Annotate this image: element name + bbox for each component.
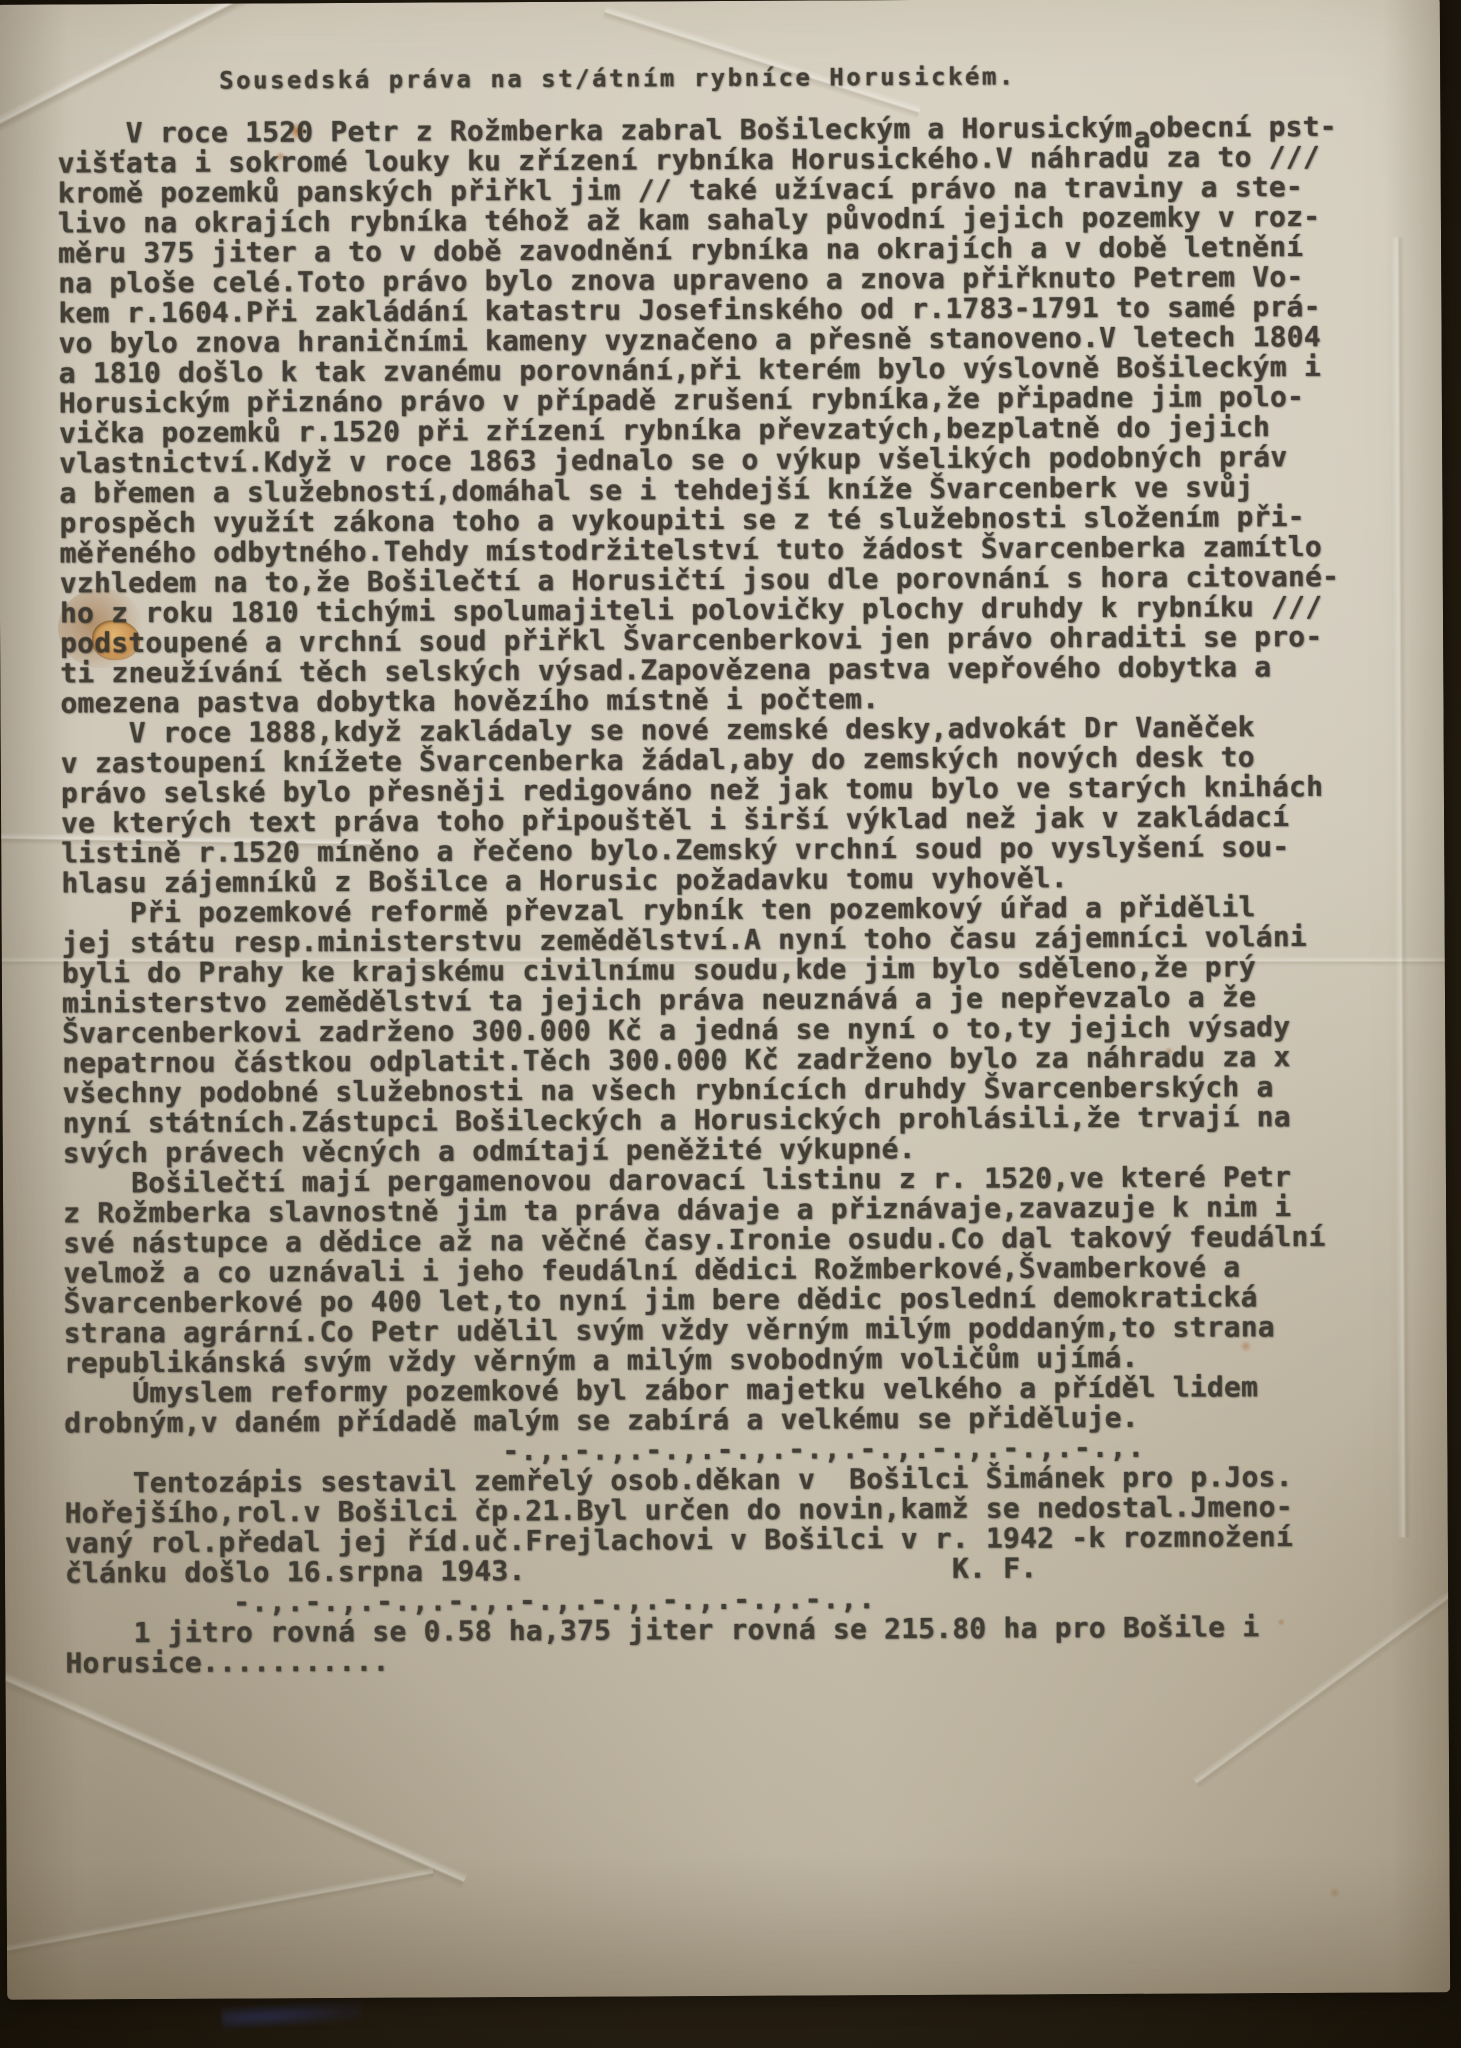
paragraph-4: Bošilečtí mají pergamenovou darovací lis… bbox=[63, 1161, 1433, 1378]
colophon-paragraph: Tentozápis sestavil zemřelý osob.děkan v… bbox=[64, 1461, 1434, 1588]
paragraph-3: Při pozemkové reformě převzal rybník ten… bbox=[61, 891, 1431, 1168]
stray-typed-letter: a bbox=[1133, 123, 1150, 153]
document-title: Sousedská práva na st/átním rybníce Horu… bbox=[219, 59, 1426, 95]
paragraph-5: Úmyslem reformy pozemkové byl zábor maje… bbox=[64, 1371, 1433, 1438]
document-page: Sousedská práva na st/átním rybníce Horu… bbox=[0, 0, 1450, 2000]
photo-background: Sousedská práva na st/átním rybníce Horu… bbox=[0, 0, 1461, 2048]
paragraph-1: V roce 1520 Petr z Rožmberka zabral Boši… bbox=[57, 111, 1429, 718]
typewritten-text: Sousedská práva na st/átním rybníce Horu… bbox=[57, 59, 1436, 1999]
paragraph-2: V roce 1888,když zakládaly se nové zemsk… bbox=[61, 711, 1431, 898]
conversion-note: 1 jitro rovná se 0.58 ha,375 jiter rovná… bbox=[65, 1611, 1434, 1678]
ink-smudge bbox=[222, 2000, 363, 2029]
